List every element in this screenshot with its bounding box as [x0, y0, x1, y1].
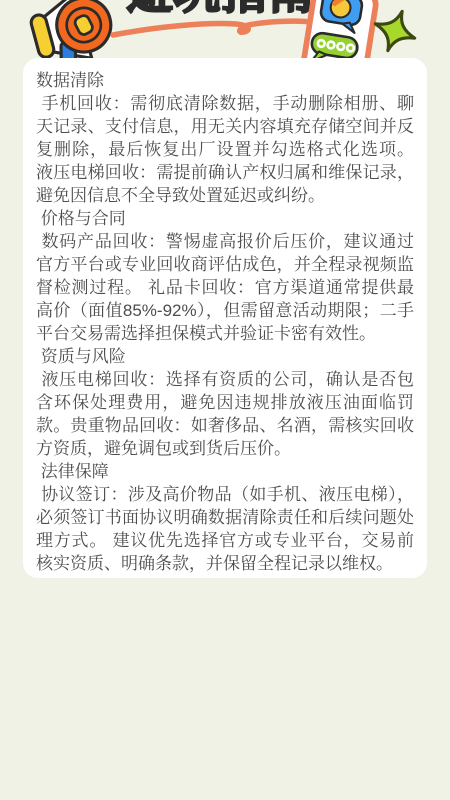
screen: 避坑指南 数据清除	[0, 0, 450, 800]
section-heading-price-contract: 价格与合同	[36, 207, 414, 230]
section-body-price-contract: 数码产品回收：警惕虚高报价后压价，建议通过官方平台或专业回收商评估成色，并全程录…	[36, 230, 414, 345]
section-body-qualification-risk: 液压电梯回收：选择有资质的公司，确认是否包含环保处理费用，避免因违规排放液压油面…	[36, 368, 414, 460]
section-heading-qualification-risk: 资质与风险	[36, 345, 414, 368]
tips-card: 数据清除 手机回收：需彻底清除数据，手动删除相册、聊天记录、支付信息，用无关内容…	[23, 58, 427, 578]
section-heading-legal-protection: 法律保障	[36, 460, 414, 483]
star-icon	[372, 8, 418, 54]
squiggle-underline-icon	[110, 14, 310, 42]
header-banner: 避坑指南	[0, 0, 450, 58]
section-body-data-clear: 手机回收：需彻底清除数据，手动删除相册、聊天记录、支付信息，用无关内容填充存储空…	[36, 92, 414, 207]
section-heading-data-clear: 数据清除	[36, 69, 414, 92]
section-body-legal-protection: 协议签订：涉及高价物品（如手机、液压电梯），必须签订书面协议明确数据清除责任和后…	[36, 483, 414, 575]
